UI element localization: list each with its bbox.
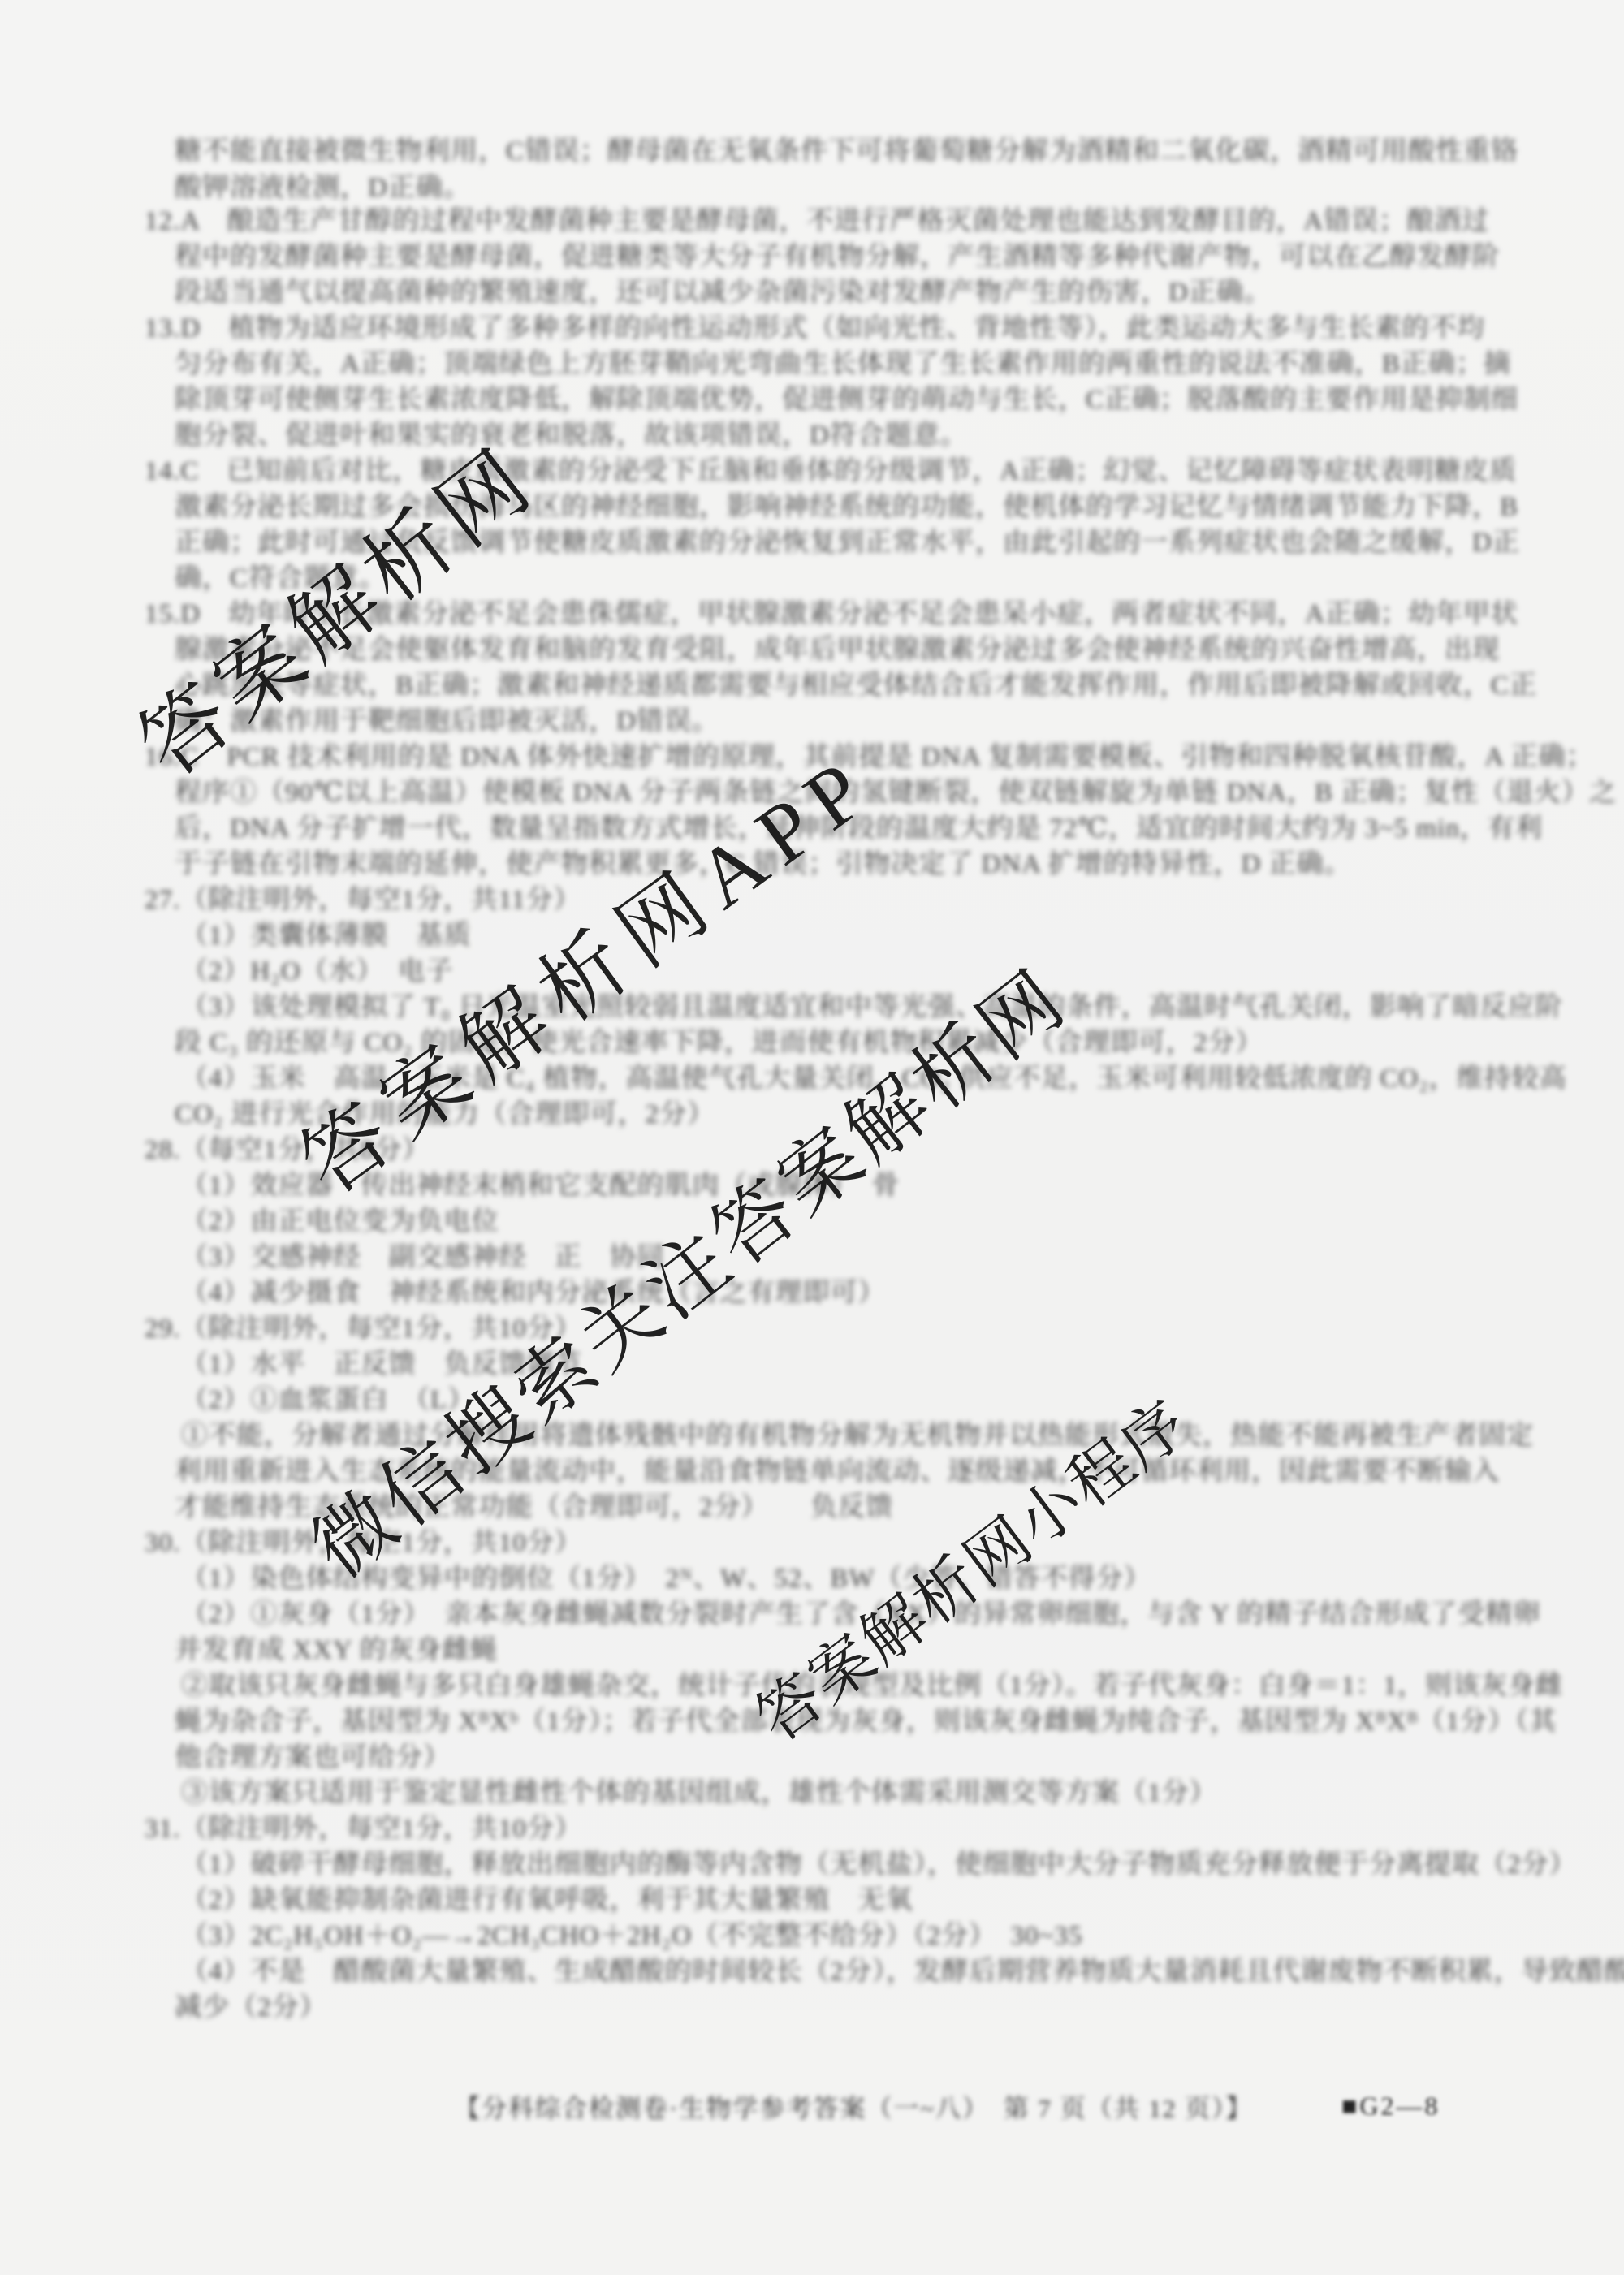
answer-text-line: 糖不能直接被微生物利用，C错误；酵母菌在无氧条件下可将葡萄糖分解为酒精和二氧化碳… <box>175 139 1518 166</box>
answer-text-line: （4）减少摄食 神经系统和内分泌系统（言之有理即可） <box>181 1280 886 1307</box>
answer-text-line: 除顶芽可使侧芽生长素浓度降低，解除顶端优势，促进侧芽的萌动与生长，C正确；脱落酸… <box>175 387 1518 414</box>
answer-text-line: 确；激素作用于靶细胞后即被灭活，D错误。 <box>175 709 719 736</box>
answer-text-line: 14.C 已知前后对比，糖皮质激素的分泌受下丘脑和垂体的分级调节，A正确；幻觉、… <box>145 459 1517 486</box>
answer-text-line: ③该方案只适用于鉴定显性雌性个体的基因组成，雄性个体需采用测交等方案（1分） <box>181 1781 1217 1807</box>
answer-text-line: 确，C符合题意。 <box>175 566 387 593</box>
answer-text-line: （2）缺氧能抑制杂菌进行有氧呼吸，利于其大量繁殖 无氧 <box>181 1888 914 1915</box>
answer-text-line: （1）破碎干酵母细胞，释放出细胞内的酶等内含物（无机盐），使细胞中大分子物质充分… <box>181 1852 1577 1879</box>
answer-text-line: 蝇为杂合子，基因型为 XᴮXᵇ（1分）；若子代全部表现为灰身，则该灰身雌蝇为纯合… <box>175 1709 1557 1736</box>
answer-text-line: 29.（除注明外，每空1分，共10分） <box>145 1316 582 1343</box>
answer-text-line: （2）由正电位变为负电位 <box>181 1209 499 1236</box>
answer-text-line: （1）染色体结构变异中的倒位（1分） 2ᴺ、W、52、BW（少答、错答不得分） <box>181 1566 1151 1593</box>
answer-text-line: 酸钾溶液检测，D正确。 <box>175 175 471 202</box>
scanned-text-layer: 糖不能直接被微生物利用，C错误；酵母菌在无氧条件下可将葡萄糖分解为酒精和二氧化碳… <box>0 0 1624 2275</box>
answer-text-line: 于子链在引物末端的延伸，使产物积累更多，C 错误；引物决定了 DNA 扩增的特异… <box>175 852 1352 878</box>
answer-text-line: 13.D 植物为适应环境形成了多种多样的向性运动形式（如向光性、背地性等），此类… <box>145 316 1485 343</box>
answer-text-line: （3）交感神经 副交感神经 正 协同 <box>181 1245 665 1271</box>
answer-text-line: 12.A 酿造生产甘醇的过程中发酵菌种主要是酵母菌，不进行严格灭菌处理也能达到发… <box>145 209 1489 235</box>
answer-text-line: 激素分泌长期过多会损伤海马区的神经细胞，影响神经系统的功能，使机体的学习记忆与情… <box>175 494 1518 521</box>
answer-text-line: 才能维持生态系统的正常功能（合理即可，2分） 负反馈 <box>175 1495 893 1522</box>
answer-text-line: 段适当通气以提高菌种的繁殖速度，还可以减少杂菌污染对发酵产物产生的伤害，D正确。 <box>175 280 1272 307</box>
answer-text-line: 31.（除注明外，每空1分，共10分） <box>145 1816 582 1843</box>
answer-text-line: 16.C PCR 技术利用的是 DNA 体外快速扩增的原理，其前提是 DNA 复… <box>145 745 1594 771</box>
answer-text-line: 腺激素分泌不足会使躯体发育和脑的发育受阻，成年后甲状腺激素分泌过多会使神经系统的… <box>175 637 1500 664</box>
footer-title: 【分科综合检测卷·生物学参考答案（一~八） 第 7 页（共 12 页）】 <box>455 2088 1253 2125</box>
answer-text-line: （2）①灰身（1分） 亲本灰身雌蝇减数分裂时产生了含（XX）的异常卵细胞，与含 … <box>181 1602 1540 1629</box>
answer-text-line: 并发育成 XXY 的灰身雌蝇 <box>175 1638 498 1664</box>
answer-text-line: （3）2C₂H₅OH＋O₂—→2CH₃CHO＋2H₂O（不完整不给分）（2分） … <box>181 1923 1082 1950</box>
answer-text-line: （1）类囊体薄膜 基质 <box>181 923 472 950</box>
answer-text-line: （4）不是 醋酸菌大量繁殖、生成醋酸的时间较长（2分），发酵后期营养物质大量消耗… <box>181 1959 1624 1986</box>
scanned-answer-page: { "page": { "background": "#f3f3f2", "wi… <box>0 0 1624 2275</box>
answer-text-line: （3）该处理模拟了 T₀ 日光温室光照较弱且温度适宜和中等光强、高温的条件，高温… <box>181 995 1563 1021</box>
answer-text-line: 30.（除注明外，每空1分，共10分） <box>145 1530 582 1557</box>
answer-text-line: 利用重新进入生态系统的能量流动中，能量沿食物链单向流动、逐级递减，不可循环利用，… <box>175 1459 1500 1486</box>
answer-text-line: 15.D 幼年时生长激素分泌不足会患侏儒症，甲状腺激素分泌不足会患呆小症，两者症… <box>145 602 1518 628</box>
answer-text-line: 匀分布有关，A正确；顶端绿色上方胚芽鞘向光弯曲生长体现了生长素作用的两重性的说法… <box>175 352 1511 378</box>
answer-text-line: 28.（每空1分，共8分） <box>145 1137 430 1164</box>
answer-text-line: 心跳加快等症状，B正确；激素和神经递质都需要与相应受体结合后才能发挥作用，作用后… <box>175 673 1537 700</box>
answer-text-line: 他合理方案也可给分） <box>175 1745 451 1772</box>
answer-text-line: 后，DNA 分子扩增一代，数量呈指数方式增长，延伸阶段的温度大约是 72℃，适宜… <box>175 816 1543 843</box>
answer-text-line: 27.（除注明外，每空1分，共11分） <box>145 887 581 914</box>
answer-text-line: （2）①血浆蛋白 （L） <box>181 1388 475 1414</box>
answer-text-line: （1）效应器 传出神经末梢和它支配的肌肉（或腺体） 骨 <box>181 1173 900 1200</box>
answer-text-line: 正确；此时可通过负反馈调节使糖皮质激素的分泌恢复到正常水平，由此引起的一系列症状… <box>175 530 1520 557</box>
footer-page-code: ■G2—8 <box>1341 2092 1440 2122</box>
answer-text-line: CO₂ 进行光合作用的能力（合理即可，2分） <box>175 1102 715 1129</box>
answer-text-line: 减少（2分） <box>175 1995 327 2022</box>
answer-text-line: 程中的发酵菌种主要是酵母菌，促进糖类等大分子有机物分解，产生酒精等多种代谢产物，… <box>175 244 1500 271</box>
answer-text-line: 程序①（90℃以上高温）使模板 DNA 分子两条链之间的氢键断裂，使双链解旋为单… <box>175 780 1617 807</box>
answer-text-line: 段 C₃ 的还原与 CO₂ 的固定，使光合速率下降，进而使有机物积累减少（合理即… <box>175 1030 1263 1057</box>
answer-text-line: （2）H₂O（水） 电子 <box>181 959 453 986</box>
answer-text-line: ②取该只灰身雌蝇与多只白身雄蝇杂交，统计子代的表现型及比例（1分）。若子代灰身：… <box>181 1673 1563 1700</box>
answer-text-line: ①不能，分解者通过分解作用将遗体残骸中的有机物分解为无机物并以热能形式散失，热能… <box>181 1423 1534 1450</box>
page-background: 糖不能直接被微生物利用，C错误；酵母菌在无氧条件下可将葡萄糖分解为酒精和二氧化碳… <box>0 0 1624 2275</box>
answer-text-line: （1）水平 正反馈 负反馈调节 <box>181 1352 582 1379</box>
answer-text-line: （4）玉米 高温 玉米是 C₄ 植物，高温使气孔大量关闭，CO₂ 供应不足，玉米… <box>181 1066 1567 1093</box>
answer-text-line: 胞分裂、促进叶和果实的衰老和脱落，故该项错误，D符合题意。 <box>175 423 968 450</box>
